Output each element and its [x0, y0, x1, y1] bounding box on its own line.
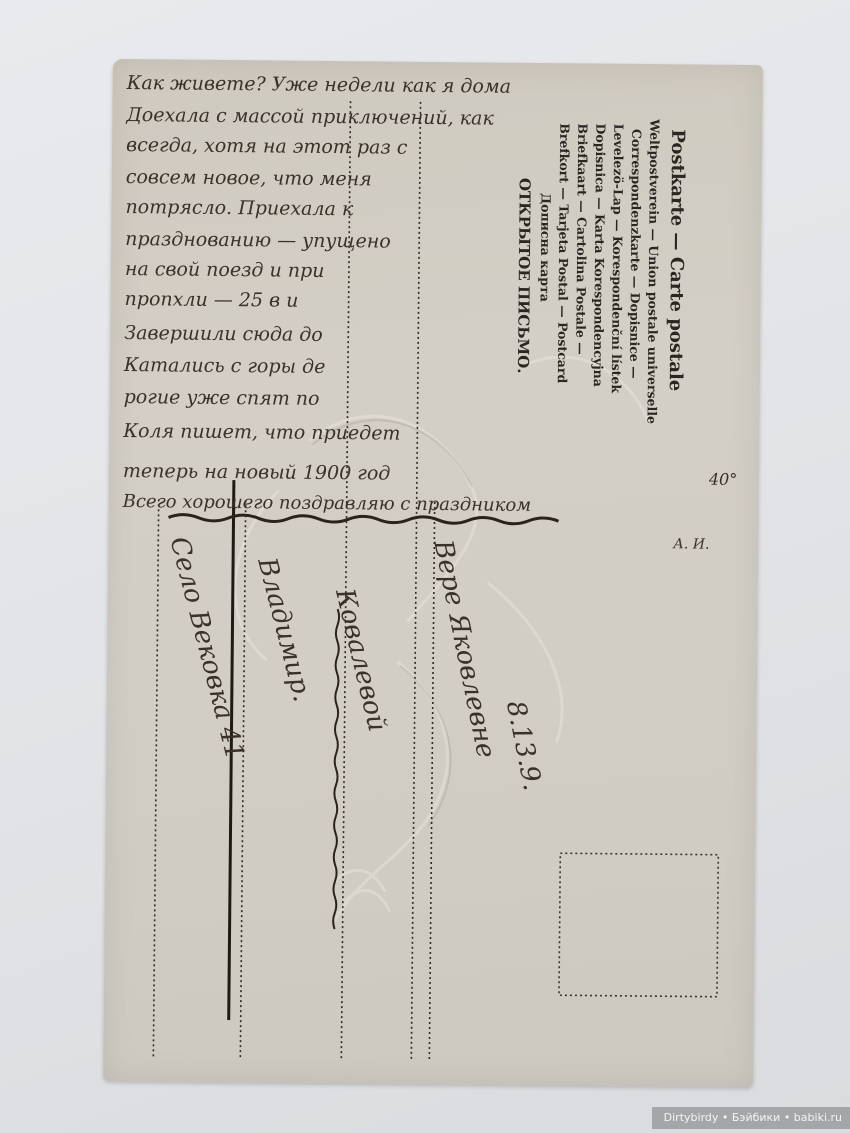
header-line-3: Levelezö-Lap — Korespondenční lístek: [609, 124, 627, 394]
header-line-7: Дописна карта: [538, 193, 554, 302]
wavy-underline: [168, 514, 558, 524]
header-line-5: Briefkaart — Cartolina Postale —: [573, 123, 590, 354]
message-line: Доехала с массой приключений, как: [125, 104, 494, 130]
header-line-2: Correspondenzkarte — Dopisnice —: [627, 129, 644, 379]
watermark: Dirtybirdy • Бэйбики • babiki.ru: [652, 1107, 850, 1129]
header-line-6: Brefkort — Tarjeta Postal — Postcard: [555, 123, 572, 383]
header-title: Postkarte — Carte postale: [665, 129, 689, 391]
handwritten-message: Как живете? Уже недели как я дома Доехал…: [122, 72, 536, 516]
address-line-2: Владимир.: [251, 554, 317, 705]
address-line-4: Вере Яковлевне: [427, 536, 501, 760]
message-line: потрясло. Приехала к: [125, 196, 354, 220]
divider-dotted-2: [411, 102, 420, 1062]
message-line: теперь на новый 1900 год: [123, 460, 391, 485]
postcard: Postkarte — Carte postale Weltpostverein…: [103, 59, 763, 1087]
side-note-initials: А. И.: [672, 536, 709, 552]
message-line: рогие уже спят по: [124, 386, 320, 410]
header-line-1: Weltpostverein — Union postale universel…: [644, 118, 662, 424]
divider-dotted-5: [429, 502, 434, 1062]
message-line: празднованию — упущено: [125, 228, 391, 253]
stamp-box: [559, 853, 718, 997]
address-block: Село Вековка 41 Владимир. Ковалевой Вере…: [161, 533, 503, 765]
date-note: 8.13.9.: [500, 698, 547, 793]
header-line-4: Dopisnica — Karta Korespondencyjna: [591, 124, 609, 387]
message-line: Как живете? Уже недели как я дома: [126, 72, 512, 98]
message-line: всегда, хотя на этот раз с: [126, 134, 408, 159]
side-note-temp: 40°: [708, 470, 738, 489]
message-line: пропхли — 25 в и: [125, 288, 299, 312]
message-line: Коля пишет, что приедет: [122, 420, 400, 445]
printed-header: Postkarte — Carte postale Weltpostverein…: [513, 117, 688, 425]
message-line: на свой поезд и при: [125, 258, 325, 282]
message-line: совсем новое, что меня: [126, 166, 372, 190]
message-line: Завершили сюда до: [124, 322, 323, 346]
divider-dotted-3: [153, 499, 158, 1059]
message-line: Всего хорошего поздравляю с праздником: [122, 491, 532, 516]
postcard-back: Postkarte — Carte postale Weltpostverein…: [103, 59, 763, 1087]
divider-dotted-4: [240, 500, 245, 1060]
header-line-8: ОТКРЫТОЕ ПИСЬМО.: [514, 178, 534, 374]
message-line: Катались с горы де: [123, 354, 326, 378]
